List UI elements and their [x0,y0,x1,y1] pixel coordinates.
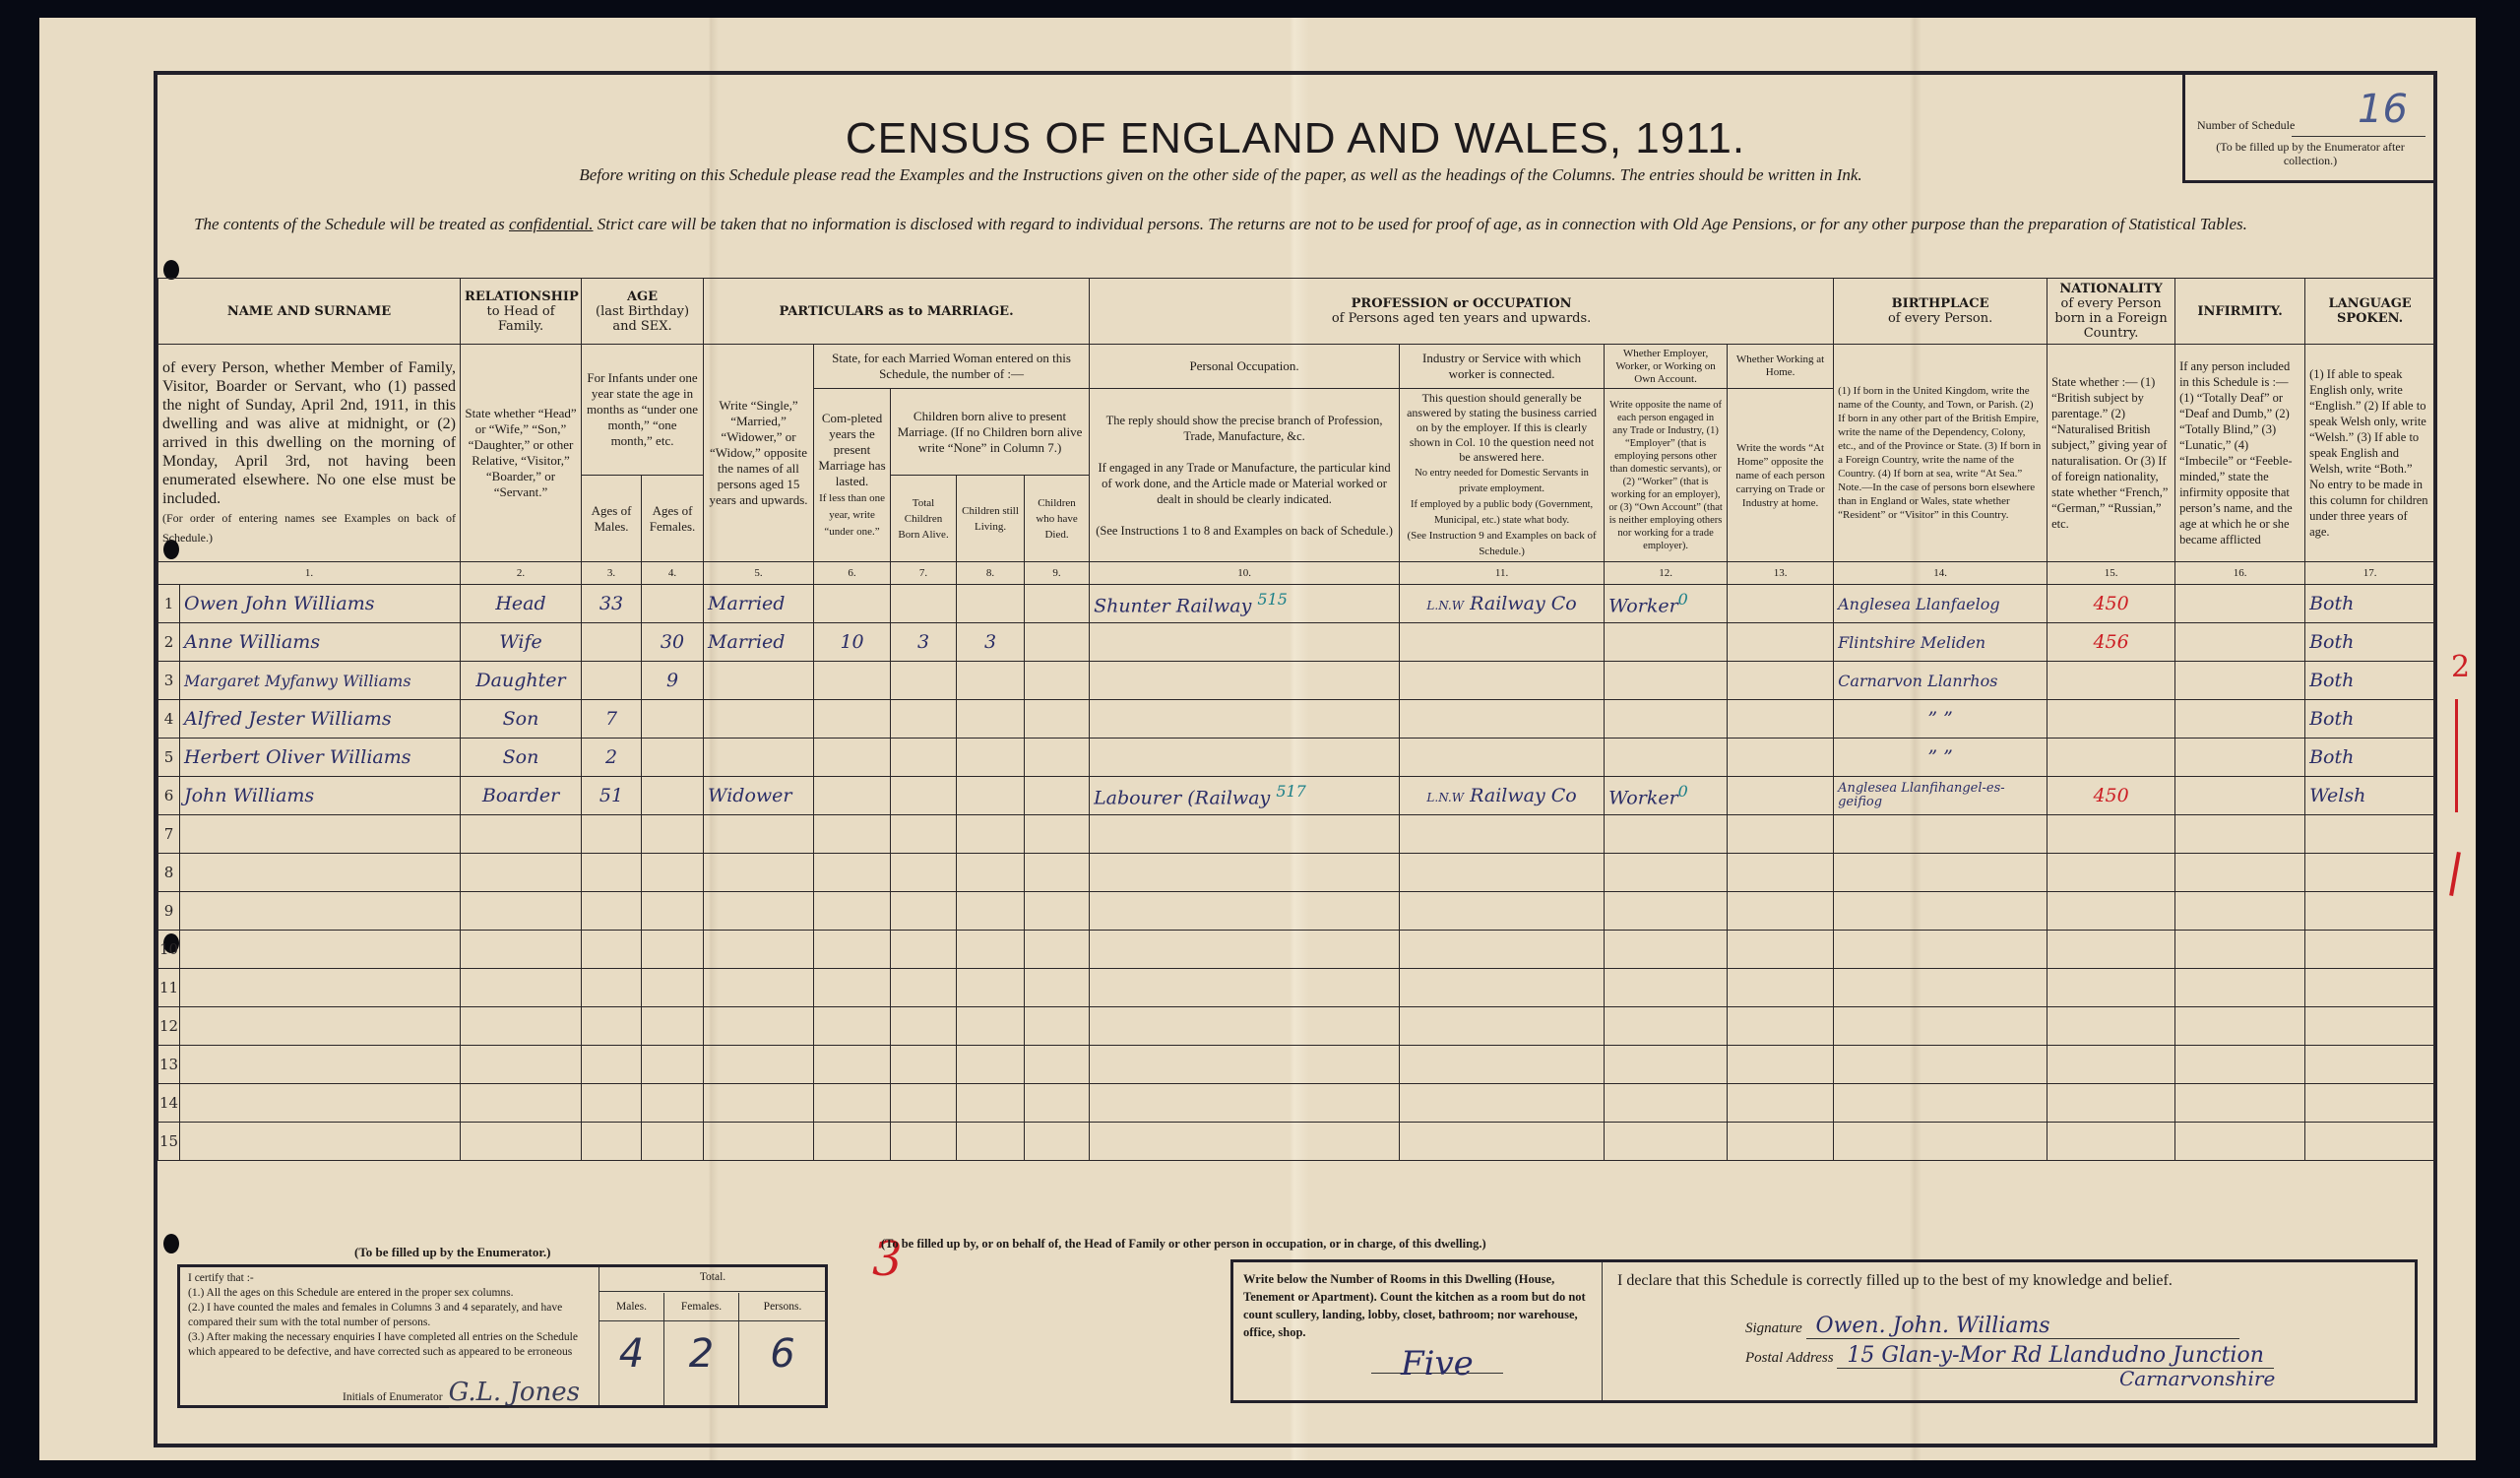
relationship: Wife [461,623,582,662]
address-row: Postal Address 15 Glan-y-Mor Rd Llandudn… [1745,1343,2274,1369]
total-females: Females.2 [664,1293,739,1405]
table-row: 3 Margaret Myfanwy Williams Daughter 9 C… [158,662,2435,700]
col-number-11: 11. [1400,562,1605,585]
nationality-code: 456 [2047,623,2175,662]
industry [1400,623,1605,662]
children-died [1025,777,1090,815]
heading-occupation: PROFESSION or OCCUPATIONof Persons aged … [1090,279,1834,345]
name-instructions-text: of every Person, whether Member of Famil… [162,359,456,507]
enumerator-heading: (To be filled up by the Enumerator.) [354,1245,550,1260]
confidentiality-notice: The contents of the Schedule will be tre… [177,213,2264,236]
occupation-title: PROFESSION or OCCUPATION [1352,296,1572,311]
totals: Total. Males.4 Females.2 Persons.6 [598,1267,826,1405]
schedule-frame: CENSUS OF ENGLAND AND WALES, 1911. Befor… [154,71,2437,1447]
language: Both [2305,585,2435,623]
occupation [1090,700,1400,739]
col-number-7: 7. [891,562,957,585]
marital-condition [704,739,814,777]
schedule-number-line [2292,136,2425,137]
children-born-alive [891,700,957,739]
birthplace: ” ” [1834,739,2047,777]
nationality-code [2047,739,2175,777]
heading-birthplace: BIRTHPLACEof every Person. [1834,279,2047,345]
age-female [642,585,704,623]
marital-condition: Married [704,623,814,662]
row-number: 10 [158,931,180,969]
col-number-12: 12. [1605,562,1728,585]
col-number-5: 5. [704,562,814,585]
rooms-section: Write below the Number of Rooms in this … [1233,1262,1603,1400]
years-married: 10 [814,623,891,662]
table-row-empty: 12 [158,1007,2435,1046]
relationship: Son [461,739,582,777]
person-name: Anne Williams [180,623,461,662]
age-male: 33 [582,585,642,623]
ind-instr-3: If employed by a public body (Government… [1411,499,1593,526]
confidential-word: confidential. [509,215,593,233]
total-persons: Persons.6 [739,1293,826,1405]
age-male [582,623,642,662]
industry: L.N.W Railway Co [1400,777,1605,815]
home-instructions: Write the words “At Home” opposite the n… [1728,389,1834,562]
row-number: 8 [158,854,180,892]
col-number-4: 4. [642,562,704,585]
years-married-note: If less than one year, write “under one.… [819,492,885,538]
address-line-1: 15 Glan-y-Mor Rd Llandudno Junction [1837,1343,2274,1369]
certify-intro: I certify that :- [188,1271,592,1286]
still-living-label: Children still Living. [957,476,1025,562]
employment-status [1605,739,1728,777]
person-name: Margaret Myfanwy Williams [180,662,461,700]
age-males-label: Ages of Males. [582,476,642,562]
total-born-label: Total Children Born Alive. [891,476,957,562]
language-instructions: (1) If able to speak English only, write… [2305,345,2435,562]
row-number: 11 [158,969,180,1007]
children-born-alive: 3 [891,623,957,662]
row-number: 7 [158,815,180,854]
children-instructions: Children born alive to present Marriage.… [891,389,1090,476]
industry-annotation: L.N.W [1426,791,1464,804]
occ-instr-2: If engaged in any Trade or Manufacture, … [1099,461,1391,506]
ind-instr-1: This question should generally be answer… [1407,391,1597,464]
married-woman-instructions: State, for each Married Woman entered on… [814,345,1090,389]
birthplace: Flintshire Meliden [1834,623,2047,662]
working-at-home [1728,662,1834,700]
industry-label: Industry or Service with which worker is… [1400,345,1605,389]
occupation-code: 517 [1276,782,1306,801]
employment-status [1605,662,1728,700]
household-heading: (To be filled up by, or on behalf of, th… [881,1237,1486,1252]
nationality-code: 450 [2047,585,2175,623]
died-label: Children who have Died. [1025,476,1090,562]
table-row-empty: 9 [158,892,2435,931]
address-label: Postal Address [1745,1350,1834,1366]
nationality-instructions: State whether :— (1) “British subject by… [2047,345,2175,562]
table-row-empty: 10 [158,931,2435,969]
rooms-value: Five [1371,1355,1503,1374]
industry [1400,662,1605,700]
infirmity [2175,777,2305,815]
males-label: Males. [599,1293,663,1321]
age-instructions: For Infants under one year state the age… [582,345,704,476]
declaration-text: I declare that this Schedule is correctl… [1617,1272,2173,1290]
total-males: Males.4 [599,1293,664,1405]
col-number-15: 15. [2047,562,2175,585]
birthplace-sub: of every Person. [1888,311,1992,326]
heading-name: NAME AND SURNAME [158,279,461,345]
occupation-text: Labourer (Railway [1094,788,1270,809]
person-name: John Williams [180,777,461,815]
children-born-alive [891,662,957,700]
years-married-text: Com-pleted years the present Marriage ha… [818,411,885,488]
age-female [642,739,704,777]
col-number-13: 13. [1728,562,1834,585]
industry-text: Railway Co [1470,785,1577,806]
enumerator-certificate: I certify that :- (1.) All the ages on t… [177,1264,828,1408]
children-died [1025,585,1090,623]
males-value: 4 [599,1331,663,1377]
col-number-16: 16. [2175,562,2305,585]
marital-condition: Married [704,585,814,623]
name-instructions: of every Person, whether Member of Famil… [158,345,461,562]
occupation [1090,623,1400,662]
ind-instr-4: (See Instruction 9 and Examples on back … [1407,530,1596,557]
heading-age: AGE(last Birthday) and SEX. [582,279,704,345]
children-born-alive [891,777,957,815]
industry [1400,700,1605,739]
household-declaration-box: Write below the Number of Rooms in this … [1230,1259,2418,1403]
language: Both [2305,700,2435,739]
industry-instructions: This question should generally be answer… [1400,389,1605,562]
years-married [814,777,891,815]
relationship: Boarder [461,777,582,815]
persons-value: 6 [739,1331,826,1377]
infirmity [2175,623,2305,662]
row-number: 3 [158,662,180,700]
row-number: 5 [158,739,180,777]
language: Both [2305,623,2435,662]
children-living [957,777,1025,815]
intro-instructions: Before writing on this Schedule please r… [157,165,2284,185]
confidentiality-text: The contents of the Schedule will be tre… [194,215,509,233]
col-number-17: 17. [2305,562,2435,585]
table-row-empty: 7 [158,815,2435,854]
schedule-number-box: Number of Schedule 16 (To be filled up b… [2182,75,2433,183]
children-died [1025,623,1090,662]
persons-label: Persons. [739,1293,826,1321]
years-married [814,739,891,777]
address-line-2: Carnarvonshire [2119,1367,2275,1390]
document-title: CENSUS OF ENGLAND AND WALES, 1911. [157,114,2433,163]
row-number: 9 [158,892,180,931]
age-females-label: Ages of Females. [642,476,704,562]
row-number: 6 [158,777,180,815]
age-male: 51 [582,777,642,815]
employment-mark: 0 [1678,782,1688,801]
years-married [814,700,891,739]
initials-value: G.L. Jones [449,1378,580,1408]
employer-label: Whether Employer, Worker, or Working on … [1605,345,1728,389]
certificate-text: I certify that :- (1.) All the ages on t… [188,1271,592,1360]
years-married [814,585,891,623]
heading-relationship: RELATIONSHIPto Head of Family. [461,279,582,345]
nationality-code: 450 [2047,777,2175,815]
females-label: Females. [664,1293,738,1321]
language: Welsh [2305,777,2435,815]
total-label: Total. [599,1271,826,1292]
birthplace-instructions-text: (1) If born in the United Kingdom, write… [1838,385,2041,480]
occupation [1090,739,1400,777]
col-number-3: 3. [582,562,642,585]
relationship-title: RELATIONSHIP [465,289,579,304]
col-number-9: 9. [1025,562,1090,585]
age-female [642,777,704,815]
birthplace-instructions: (1) If born in the United Kingdom, write… [1834,345,2047,562]
col-number-1: 1. [158,562,461,585]
occupation-sub: of Persons aged ten years and upwards. [1332,311,1591,326]
employment-status [1605,700,1728,739]
schedule-number-value: 16 [2358,87,2408,132]
females-value: 2 [664,1331,738,1377]
name-note: (For order of entering names see Example… [162,511,456,545]
occupation-code: 515 [1257,590,1288,609]
schedule-number-label: Number of Schedule [2197,118,2295,133]
table-row-empty: 15 [158,1123,2435,1161]
working-at-home [1728,739,1834,777]
initials-label: Initials of Enumerator [343,1391,443,1403]
age-male [582,662,642,700]
relationship: Son [461,700,582,739]
industry-annotation: L.N.W [1426,599,1464,612]
infirmity [2175,700,2305,739]
row-number: 12 [158,1007,180,1046]
working-at-home [1728,585,1834,623]
children-living [957,739,1025,777]
heading-infirmity: INFIRMITY. [2175,279,2305,345]
col-number-10: 10. [1090,562,1400,585]
age-male: 7 [582,700,642,739]
table-row-empty: 14 [158,1084,2435,1123]
personal-occupation-label: Personal Occupation. [1090,345,1400,389]
age-female [642,700,704,739]
marital-condition: Widower [704,777,814,815]
ind-instr-2: No entry needed for Domestic Servants in… [1415,468,1589,494]
occ-instr-3: (See Instructions 1 to 8 and Examples on… [1096,524,1393,538]
row-number: 2 [158,623,180,662]
employment-mark: 0 [1678,590,1688,609]
heading-marriage: PARTICULARS as to MARRIAGE. [704,279,1090,345]
language: Both [2305,662,2435,700]
col-number-14: 14. [1834,562,2047,585]
home-label: Whether Working at Home. [1728,345,1834,389]
person-name: Owen John Williams [180,585,461,623]
age-male: 2 [582,739,642,777]
signature-label: Signature [1745,1320,1802,1336]
table-row: 4 Alfred Jester Williams Son 7 ” ” Both [158,700,2435,739]
row-number: 4 [158,700,180,739]
language-note: No entry to be made in this column for c… [2309,478,2427,539]
children-died [1025,662,1090,700]
certify-1: (1.) All the ages on this Schedule are e… [188,1286,592,1301]
rooms-instructions: Write below the Number of Rooms in this … [1243,1272,1586,1339]
table-row: 2 Anne Williams Wife 30 Married 10 3 3 F… [158,623,2435,662]
table-row-empty: 11 [158,969,2435,1007]
employment-status: Worker0 [1605,585,1728,623]
condition-instructions: Write “Single,” “Married,” “Widower,” or… [704,345,814,562]
language-instructions-text: (1) If able to speak English only, write… [2309,367,2426,476]
children-living [957,662,1025,700]
certify-2: (2.) I have counted the males and female… [188,1301,592,1330]
age-title: AGE [627,289,658,304]
employment-status [1605,623,1728,662]
children-died [1025,700,1090,739]
industry [1400,739,1605,777]
heading-language: LANGUAGE SPOKEN. [2305,279,2435,345]
children-living: 3 [957,623,1025,662]
employment-status: Worker0 [1605,777,1728,815]
years-married [814,662,891,700]
children-living [957,585,1025,623]
signature-value: Owen. John. Williams [1806,1314,2239,1339]
row-number: 14 [158,1084,180,1123]
col-number-8: 8. [957,562,1025,585]
industry: L.N.W Railway Co [1400,585,1605,623]
birthplace: ” ” [1834,700,2047,739]
birthplace: Anglesea Llanfihangel-es-geifiog [1834,777,2047,815]
row-number: 1 [158,585,180,623]
enumerator-initials: Initials of EnumeratorG.L. Jones [343,1378,580,1407]
infirmity [2175,739,2305,777]
row-number: 15 [158,1123,180,1161]
nationality-sub: of every Person born in a Foreign Countr… [2054,296,2167,341]
table-row: 6 John Williams Boarder 51 Widower Labou… [158,777,2435,815]
relationship: Daughter [461,662,582,700]
certify-3: (3.) After making the necessary enquirie… [188,1330,592,1360]
table-row: 1 Owen John Williams Head 33 Married Shu… [158,585,2435,623]
row-number: 13 [158,1046,180,1084]
nationality-title: NATIONALITY [2059,282,2162,296]
relationship: Head [461,585,582,623]
children-living [957,700,1025,739]
census-table: NAME AND SURNAME RELATIONSHIPto Head of … [157,278,2435,1161]
col-number-2: 2. [461,562,582,585]
relationship-sub: to Head of Family. [486,304,554,334]
occupation-text: Shunter Railway [1094,596,1251,617]
heading-nationality: NATIONALITYof every Person born in a For… [2047,279,2175,345]
working-at-home [1728,777,1834,815]
relationship-instructions: State whether “Head” or “Wife,” “Son,” “… [461,345,582,562]
marital-condition [704,700,814,739]
working-at-home [1728,623,1834,662]
table-row: 5 Herbert Oliver Williams Son 2 ” ” Both [158,739,2435,777]
red-margin-mark-2: 2 [2451,650,2470,684]
age-female: 30 [642,623,704,662]
occupation [1090,662,1400,700]
children-died [1025,739,1090,777]
personal-occupation-instructions: The reply should show the precise branch… [1090,389,1400,562]
children-born-alive [891,739,957,777]
marital-condition [704,662,814,700]
industry-text: Railway Co [1470,593,1577,614]
years-married-instructions: Com-pleted years the present Marriage ha… [814,389,891,562]
birthplace: Anglesea Llanfaelog [1834,585,2047,623]
nationality-code [2047,700,2175,739]
table-row-empty: 13 [158,1046,2435,1084]
employment-text: Worker [1608,596,1678,617]
confidentiality-text-rest: Strict care will be taken that no inform… [594,215,2247,233]
red-margin-bracket [2455,699,2458,812]
children-born-alive [891,585,957,623]
employment-text: Worker [1608,788,1678,809]
occupation: Labourer (Railway 517 [1090,777,1400,815]
birthplace: Carnarvon Llanrhos [1834,662,2047,700]
col-number-6: 6. [814,562,891,585]
nationality-code [2047,662,2175,700]
birthplace-title: BIRTHPLACE [1892,296,1989,311]
table-row-empty: 8 [158,854,2435,892]
infirmity [2175,662,2305,700]
signature-row: Signature Owen. John. Williams [1745,1314,2239,1339]
person-name: Herbert Oliver Williams [180,739,461,777]
occ-instr-1: The reply should show the precise branch… [1106,414,1383,443]
schedule-number-note: (To be filled up by the Enumerator after… [2197,140,2424,167]
birthplace-note: Note.—In the case of persons born elsewh… [1838,482,2035,521]
working-at-home [1728,700,1834,739]
language: Both [2305,739,2435,777]
age-sub: (last Birthday) and SEX. [596,304,689,334]
infirmity [2175,585,2305,623]
occupation: Shunter Railway 515 [1090,585,1400,623]
employer-instructions: Write opposite the name of each person e… [1605,389,1728,562]
infirmity-instructions: If any person included in this Schedule … [2175,345,2305,562]
person-name: Alfred Jester Williams [180,700,461,739]
age-female: 9 [642,662,704,700]
